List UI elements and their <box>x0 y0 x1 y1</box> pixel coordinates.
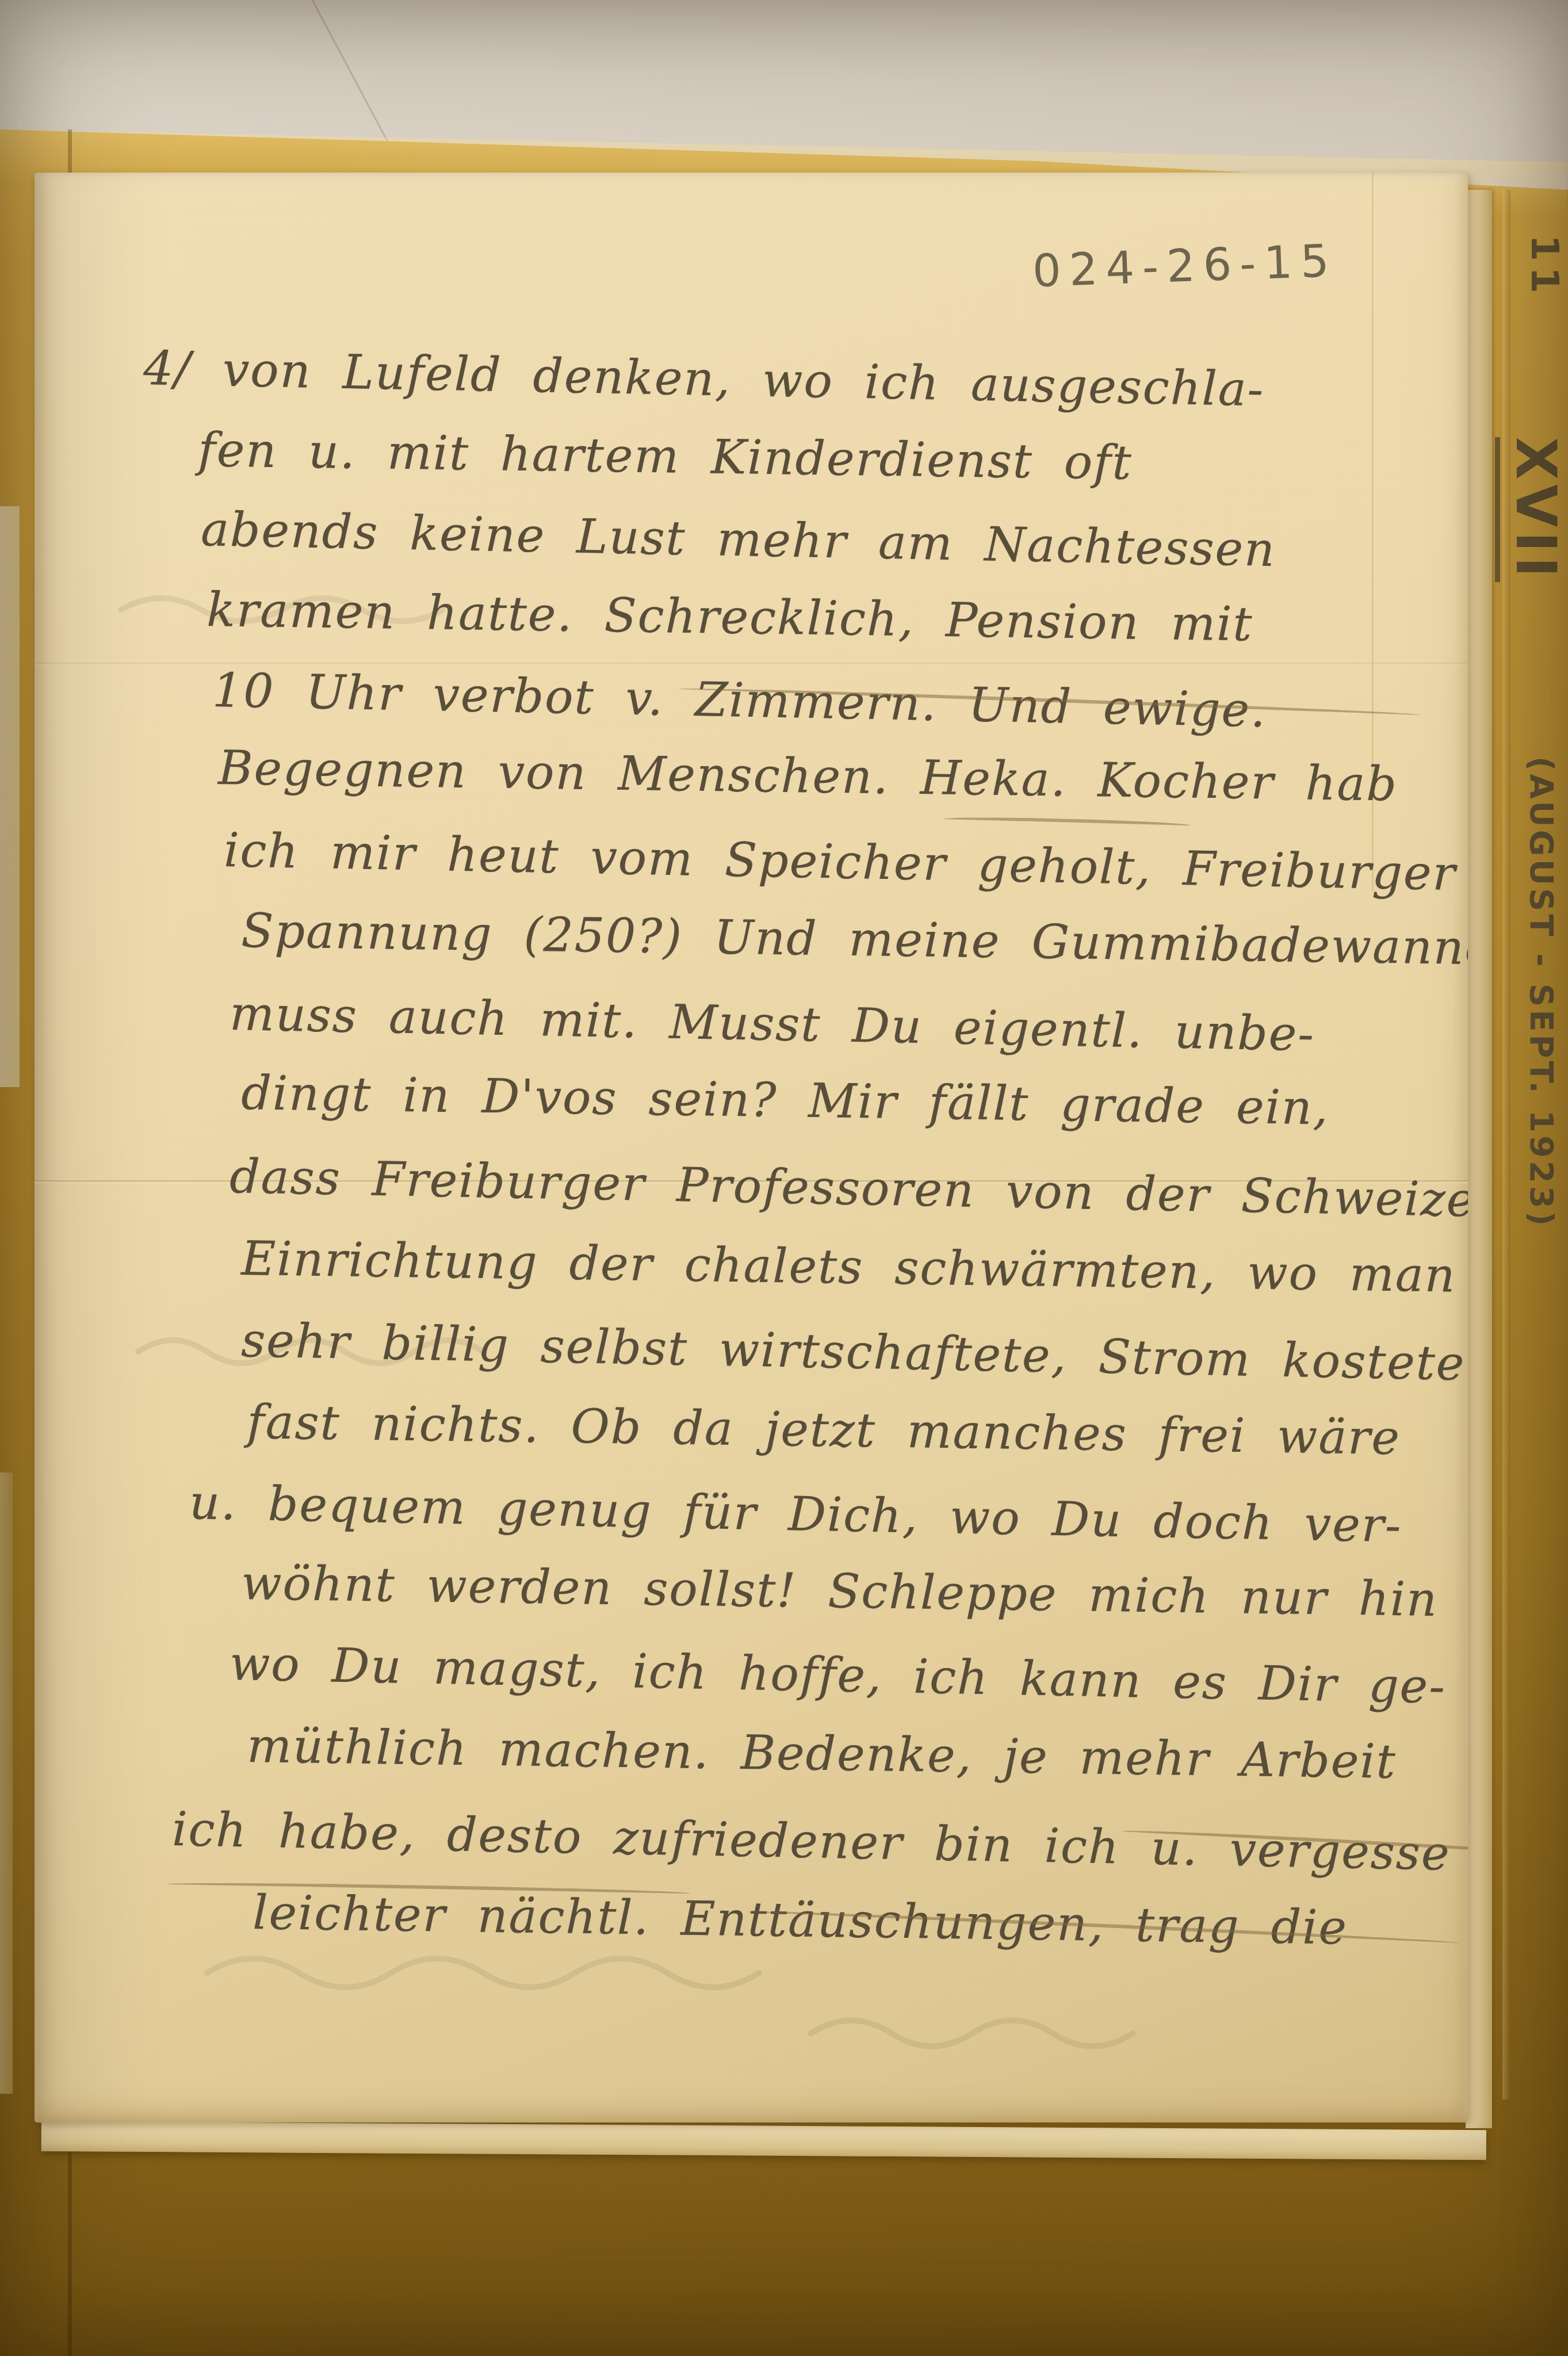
left-sheet-edge <box>0 1472 13 2094</box>
handwriting-line: ich habe, desto zufriedener bin ich u. v… <box>171 1806 1451 1878</box>
folder-date-label: (AUGUST - SEPT. 1923) <box>1523 756 1560 1229</box>
left-sheet-edge <box>0 506 20 1087</box>
letter-page: 024-26-15 4/ von Lufeld denken, wo ich a… <box>35 173 1468 2122</box>
handwriting-line: wöhnt werden sollst! Schleppe mich nur h… <box>241 1560 1439 1624</box>
handwriting-line: dingt in D'vos sein? Mir fällt grade ein… <box>241 1070 1329 1132</box>
handwriting-line: müthlich machen. Bedenke, je mehr Arbeit <box>247 1723 1397 1786</box>
handwriting-line: Spannung (250?) Und meine Gummibadewanne <box>241 908 1468 972</box>
folder-volume-label: XVII <box>1495 437 1568 582</box>
handwriting-line: ich mir heut vom Speicher geholt, Freibu… <box>223 827 1456 898</box>
handwriting-line: 4/ von Lufeld denken, wo ich ausgeschla- <box>143 345 1265 414</box>
handwriting-line: u. bequem genug für Dich, wo Du doch ver… <box>189 1479 1402 1550</box>
pencil-underline <box>943 816 1191 825</box>
archive-number: 024-26-15 <box>1032 235 1338 297</box>
handwriting-line: abends keine Lust mehr am Nachtessen <box>200 506 1276 574</box>
handwriting-line: wo Du magst, ich hoffe, ich kann es Dir … <box>229 1640 1446 1711</box>
handwriting-line: fast nichts. Ob da jetzt manches frei wä… <box>247 1399 1401 1462</box>
handwriting-line: Einrichtung der chalets schwärmten, wo m… <box>241 1236 1456 1299</box>
handwriting-line: kramen hatte. Schrecklich, Pension mit <box>206 587 1253 648</box>
archive-photo: { "archive_number": "024-26-15", "folder… <box>0 0 1568 2356</box>
handwriting-line: dass Freiburger Professoren von der Schw… <box>229 1153 1468 1225</box>
handwriting-line: Begegnen von Menschen. Heka. Kocher hab <box>218 745 1398 809</box>
handwriting-line: leichter nächtl. Enttäuschungen, trag di… <box>253 1890 1348 1952</box>
folder-mark-top: 11 <box>1523 235 1567 299</box>
handwriting-line: sehr billig selbst wirtschaftete, Strom … <box>240 1317 1466 1388</box>
sheet-edge-right <box>1466 190 1492 2128</box>
handwriting-line: muss auch mit. Musst Du eigentl. unbe- <box>229 990 1315 1058</box>
handwriting-line: fen u. mit hartem Kinderdienst oft <box>198 427 1133 487</box>
